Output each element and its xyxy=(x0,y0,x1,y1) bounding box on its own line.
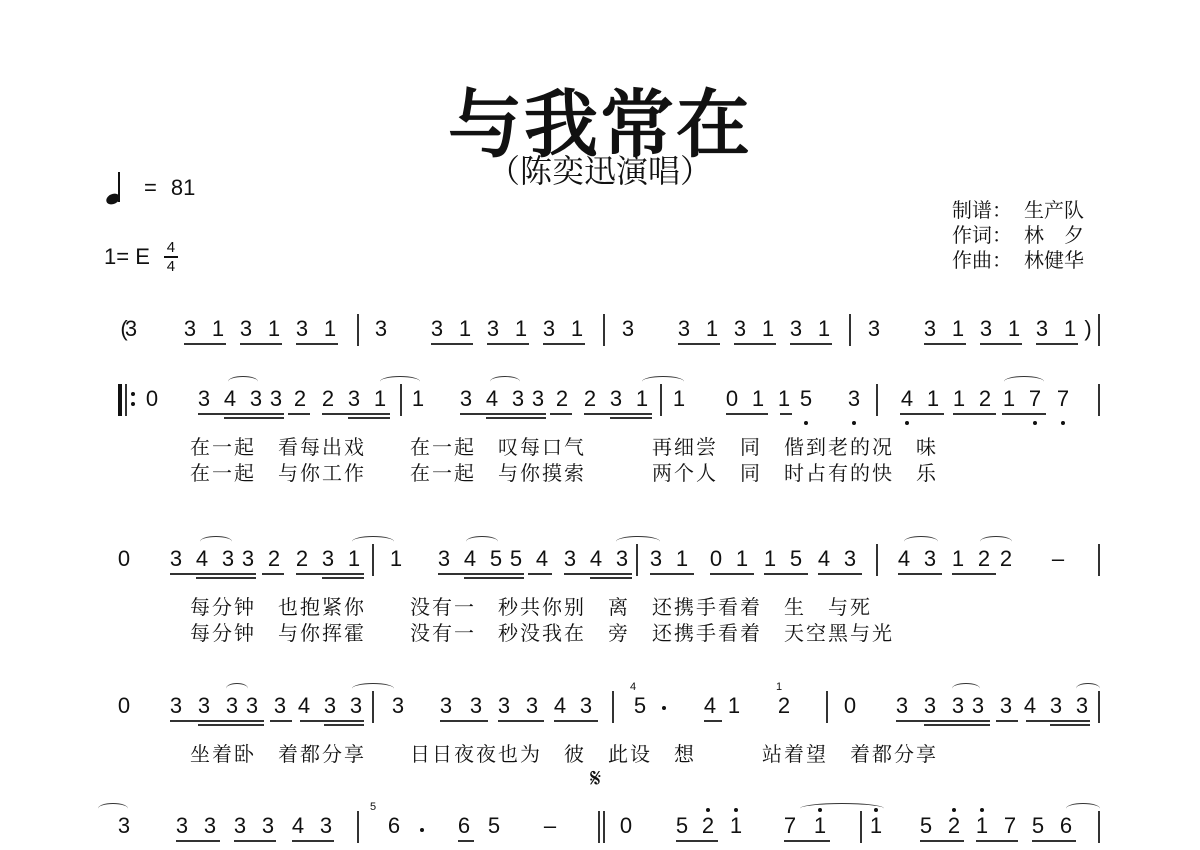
key-label: 1= E xyxy=(104,244,150,270)
note: 2 xyxy=(582,388,598,410)
note: 3 xyxy=(620,318,636,340)
tie-arc xyxy=(490,376,520,387)
underline-eighth xyxy=(288,413,310,415)
note: 4 xyxy=(588,548,604,570)
note: 7 xyxy=(1055,388,1071,410)
note: 3 xyxy=(174,815,190,837)
lyric-line: 坐着卧 着都分享 日日夜夜也为 彼 此设 想 站着望 着都分享 xyxy=(190,743,938,765)
credit-value: 林 夕 xyxy=(1024,223,1084,248)
note: 0 xyxy=(724,388,740,410)
barline xyxy=(876,384,878,416)
note: 1 xyxy=(726,695,742,717)
underline-eighth xyxy=(487,343,529,345)
underline-sixteenth xyxy=(322,577,364,579)
tie-arc xyxy=(1066,803,1100,814)
barline xyxy=(1098,811,1100,843)
underline-eighth xyxy=(234,840,276,842)
underline-sixteenth xyxy=(464,577,524,579)
note: 3 xyxy=(1048,695,1064,717)
tie-arc xyxy=(1004,376,1044,387)
note: 1 xyxy=(704,318,720,340)
note: 3 xyxy=(348,695,364,717)
barline xyxy=(636,544,638,576)
underline-eighth xyxy=(198,413,284,415)
credit-label: 作词： xyxy=(952,223,1024,248)
underline-eighth xyxy=(704,720,722,722)
note: 3 xyxy=(224,695,240,717)
note: 0 xyxy=(116,548,132,570)
note: 3 xyxy=(168,548,184,570)
note: 1 xyxy=(1062,318,1078,340)
note: 4 xyxy=(816,548,832,570)
underline-eighth xyxy=(726,413,768,415)
note: 2 xyxy=(554,388,570,410)
note: 1 xyxy=(1006,318,1022,340)
note: 1 xyxy=(266,318,282,340)
underline-eighth xyxy=(584,413,652,415)
underline-eighth xyxy=(431,343,473,345)
high-octave-dot xyxy=(734,808,738,812)
quarter-note-icon xyxy=(104,170,130,206)
underline-eighth xyxy=(784,840,830,842)
underline-eighth xyxy=(292,840,334,842)
note: 1 xyxy=(346,548,362,570)
note: 3 xyxy=(346,388,362,410)
barline xyxy=(826,691,828,723)
note: 3 xyxy=(468,695,484,717)
note: 3 xyxy=(562,548,578,570)
note: 4 xyxy=(222,388,238,410)
note: 7 xyxy=(1027,388,1043,410)
note: 1 xyxy=(513,318,529,340)
underline-eighth xyxy=(564,573,632,575)
note: 6 xyxy=(1058,815,1074,837)
note: 3 xyxy=(866,318,882,340)
note: 3 xyxy=(578,695,594,717)
underline-eighth xyxy=(780,413,792,415)
low-octave-dot xyxy=(1033,421,1037,425)
note: 6 xyxy=(386,815,402,837)
underline-eighth xyxy=(296,343,338,345)
note: 2 xyxy=(294,548,310,570)
note: 3 xyxy=(458,388,474,410)
underline-eighth xyxy=(184,343,226,345)
note: 3 xyxy=(608,388,624,410)
underline-eighth xyxy=(924,343,966,345)
underline-eighth xyxy=(896,720,990,722)
note: 1 xyxy=(925,388,941,410)
note: 4 xyxy=(534,548,550,570)
note: 1 xyxy=(776,388,792,410)
note: 5 xyxy=(508,548,524,570)
note: 7 xyxy=(1002,815,1018,837)
note: 4 xyxy=(899,388,915,410)
underline-eighth xyxy=(952,573,996,575)
note: 2 xyxy=(976,548,992,570)
underline-eighth xyxy=(550,413,572,415)
credits: 制谱：生产队 作词：林 夕 作曲：林健华 xyxy=(952,198,1084,273)
barline xyxy=(1098,384,1100,416)
barline xyxy=(357,811,359,843)
underline-eighth xyxy=(1032,840,1076,842)
tie-arc xyxy=(1076,683,1100,694)
tempo-value: 81 xyxy=(171,175,195,201)
tie-arc xyxy=(952,683,980,694)
note: 3 xyxy=(238,318,254,340)
note: 1 xyxy=(671,388,687,410)
note: 3 xyxy=(922,695,938,717)
underline-eighth xyxy=(976,840,1018,842)
tie-arc xyxy=(642,376,684,387)
note: 3 xyxy=(240,548,256,570)
credit-value: 生产队 xyxy=(1024,198,1084,223)
underline-eighth xyxy=(898,573,942,575)
high-octave-dot xyxy=(874,808,878,812)
note: 3 xyxy=(998,695,1014,717)
tempo-equals: = xyxy=(144,175,157,201)
note: 0 xyxy=(708,548,724,570)
grace-note: 5 xyxy=(370,802,376,813)
underline-eighth xyxy=(322,413,390,415)
underline-eighth xyxy=(554,720,598,722)
tie-arc xyxy=(904,536,938,547)
note: 5 xyxy=(488,548,504,570)
tie-arc xyxy=(228,376,258,387)
tie-arc xyxy=(466,536,498,547)
repeat-dot xyxy=(131,392,135,396)
barline xyxy=(1098,314,1100,346)
underline-sixteenth xyxy=(1050,724,1090,726)
credit-composer: 作曲：林健华 xyxy=(952,248,1084,273)
underline-eighth xyxy=(790,343,832,345)
note: 4 xyxy=(462,548,478,570)
note: 5 xyxy=(918,815,934,837)
note: 1 xyxy=(728,815,744,837)
note: 4 xyxy=(896,548,912,570)
note: 5 xyxy=(632,695,648,717)
note: 3 xyxy=(732,318,748,340)
barline xyxy=(603,314,605,346)
note: 3 xyxy=(788,318,804,340)
barline xyxy=(876,544,878,576)
double-barline xyxy=(598,811,600,843)
note: 6 xyxy=(456,815,472,837)
underline-eighth xyxy=(458,840,474,842)
note: 2 xyxy=(776,695,792,717)
note: 4 xyxy=(702,695,718,717)
underline-eighth xyxy=(650,573,694,575)
lyric-line: 在一起 看每出戏 在一起 叹每口气 再细尝 同 偕到老的况 味 xyxy=(190,436,938,458)
barline xyxy=(860,811,862,843)
underline-eighth xyxy=(1002,413,1046,415)
barline xyxy=(372,691,374,723)
note: 3 xyxy=(922,548,938,570)
note: 1 xyxy=(372,388,388,410)
note: 3 xyxy=(232,815,248,837)
underline-eighth xyxy=(438,573,524,575)
underline-sixteenth xyxy=(924,724,990,726)
tie-arc xyxy=(616,536,660,547)
note: 1 xyxy=(950,318,966,340)
note: 1 xyxy=(812,815,828,837)
note: 0 xyxy=(144,388,160,410)
underline-eighth xyxy=(678,343,720,345)
note: 3 xyxy=(220,548,236,570)
lyric-line: 在一起 与你工作 在一起 与你摸索 两个人 同 时占有的快 乐 xyxy=(190,462,938,484)
note: 3 xyxy=(116,815,132,837)
note: 3 xyxy=(1034,318,1050,340)
note: 1 xyxy=(816,318,832,340)
barline xyxy=(849,314,851,346)
note: 1 xyxy=(868,815,884,837)
note: 5 xyxy=(1030,815,1046,837)
note: 3 xyxy=(322,695,338,717)
barline xyxy=(400,384,402,416)
note: 3 xyxy=(922,318,938,340)
note: 1 xyxy=(388,548,404,570)
note: 5 xyxy=(674,815,690,837)
note: 1 xyxy=(951,388,967,410)
tie-arc xyxy=(200,536,232,547)
note: 3 xyxy=(268,388,284,410)
note: 3 xyxy=(648,548,664,570)
underline-eighth xyxy=(1026,720,1090,722)
paren-open: ( xyxy=(116,318,132,340)
key-signature: 1= E 4 4 xyxy=(104,240,178,274)
note: 1 xyxy=(950,548,966,570)
low-octave-dot xyxy=(905,421,909,425)
note: 5 xyxy=(486,815,502,837)
note: 3 xyxy=(168,695,184,717)
note: 1 xyxy=(760,318,776,340)
high-octave-dot xyxy=(980,808,984,812)
underline-eighth xyxy=(460,413,546,415)
underline-eighth xyxy=(818,573,862,575)
underline-eighth xyxy=(900,413,944,415)
grace-note: 1 xyxy=(776,682,782,693)
note: 3 xyxy=(485,318,501,340)
note: 3 xyxy=(438,695,454,717)
note: 3 xyxy=(436,548,452,570)
credit-lyricist: 作词：林 夕 xyxy=(952,223,1084,248)
note: 3 xyxy=(260,815,276,837)
underline-sixteenth xyxy=(348,417,390,419)
note: 3 xyxy=(196,388,212,410)
note: 2 xyxy=(700,815,716,837)
note: 1 xyxy=(410,388,426,410)
note: 3 xyxy=(894,695,910,717)
underline-sixteenth xyxy=(224,417,284,419)
low-octave-dot xyxy=(852,421,856,425)
repeat-start-thick xyxy=(118,384,122,416)
note: 1 xyxy=(750,388,766,410)
underline-eighth xyxy=(1036,343,1078,345)
tie-arc xyxy=(352,536,394,547)
note: 2 xyxy=(998,548,1014,570)
underline-sixteenth xyxy=(198,724,264,726)
underline-eighth xyxy=(270,720,292,722)
underline-sixteenth xyxy=(590,577,632,579)
note: 0 xyxy=(618,815,634,837)
note: 2 xyxy=(292,388,308,410)
note: 3 xyxy=(676,318,692,340)
augmentation-dot xyxy=(420,828,424,832)
note: 1 xyxy=(1001,388,1017,410)
double-barline xyxy=(603,811,605,843)
underline-eighth xyxy=(440,720,488,722)
note: 3 xyxy=(390,695,406,717)
note: 3 xyxy=(320,548,336,570)
underline-eighth xyxy=(528,573,552,575)
underline-sixteenth xyxy=(196,577,256,579)
barline xyxy=(1098,544,1100,576)
note: 3 xyxy=(950,695,966,717)
note: 3 xyxy=(978,318,994,340)
underline-eighth xyxy=(296,573,364,575)
high-octave-dot xyxy=(818,808,822,812)
credit-label: 制谱： xyxy=(952,198,1024,223)
lyric-line: 每分钟 与你挥霍 没有一 秒没我在 旁 还携手看着 天空黑与光 xyxy=(190,622,894,644)
note: 3 xyxy=(248,388,264,410)
note: 5 xyxy=(798,388,814,410)
note: 3 xyxy=(530,388,546,410)
note: 3 xyxy=(294,318,310,340)
note: 2 xyxy=(266,548,282,570)
note: 3 xyxy=(510,388,526,410)
segno-icon: 𝄋 xyxy=(590,764,601,795)
barline xyxy=(660,384,662,416)
note: 1 xyxy=(762,548,778,570)
note: 7 xyxy=(782,815,798,837)
note: 3 xyxy=(970,695,986,717)
note: 1 xyxy=(974,815,990,837)
note: 3 xyxy=(496,695,512,717)
note: 4 xyxy=(552,695,568,717)
note: 3 xyxy=(318,815,334,837)
barline xyxy=(612,691,614,723)
time-signature: 4 4 xyxy=(164,240,178,274)
note: 3 xyxy=(846,388,862,410)
underline-eighth xyxy=(300,720,364,722)
note: 5 xyxy=(788,548,804,570)
note: 1 xyxy=(322,318,338,340)
underline-sixteenth xyxy=(610,417,652,419)
note: 2 xyxy=(977,388,993,410)
paren-close: ) xyxy=(1080,318,1096,340)
lyric-line: 每分钟 也抱紧你 没有一 秒共你别 离 还携手看着 生 与死 xyxy=(190,596,872,618)
note: 4 xyxy=(1022,695,1038,717)
underline-eighth xyxy=(734,343,776,345)
repeat-start-thin xyxy=(125,384,127,416)
note: 3 xyxy=(196,695,212,717)
note: 1 xyxy=(569,318,585,340)
grace-note: 4 xyxy=(630,682,636,693)
underline-eighth xyxy=(996,720,1018,722)
note: – xyxy=(542,815,558,837)
tie-arc xyxy=(226,683,248,694)
note: 2 xyxy=(946,815,962,837)
underline-sixteenth xyxy=(486,417,546,419)
low-octave-dot xyxy=(1061,421,1065,425)
credit-arranger: 制谱：生产队 xyxy=(952,198,1084,223)
note: 4 xyxy=(296,695,312,717)
underline-eighth xyxy=(170,720,264,722)
high-octave-dot xyxy=(706,808,710,812)
note: 3 xyxy=(541,318,557,340)
tie-arc xyxy=(98,803,128,814)
underline-eighth xyxy=(262,573,284,575)
note: 3 xyxy=(244,695,260,717)
time-sig-top: 4 xyxy=(167,240,175,255)
note: 4 xyxy=(290,815,306,837)
note: 0 xyxy=(116,695,132,717)
note: 4 xyxy=(194,548,210,570)
underline-eighth xyxy=(498,720,544,722)
note: 3 xyxy=(202,815,218,837)
credit-label: 作曲： xyxy=(952,248,1024,273)
barline xyxy=(372,544,374,576)
underline-eighth xyxy=(764,573,808,575)
time-sig-bottom: 4 xyxy=(167,259,175,274)
note: 1 xyxy=(210,318,226,340)
note: 4 xyxy=(484,388,500,410)
note: 3 xyxy=(524,695,540,717)
note: 0 xyxy=(842,695,858,717)
underline-eighth xyxy=(676,840,718,842)
note: 1 xyxy=(457,318,473,340)
note: 3 xyxy=(842,548,858,570)
note: 2 xyxy=(320,388,336,410)
note: 3 xyxy=(272,695,288,717)
note: 3 xyxy=(373,318,389,340)
high-octave-dot xyxy=(952,808,956,812)
underline-eighth xyxy=(710,573,754,575)
underline-sixteenth xyxy=(324,724,364,726)
low-octave-dot xyxy=(804,421,808,425)
tie-arc xyxy=(800,803,884,814)
tie-arc xyxy=(980,536,1012,547)
barline xyxy=(1098,691,1100,723)
augmentation-dot xyxy=(662,706,666,710)
underline-eighth xyxy=(953,413,996,415)
note: 1 xyxy=(634,388,650,410)
repeat-dot xyxy=(131,402,135,406)
note: – xyxy=(1050,548,1066,570)
note: 3 xyxy=(429,318,445,340)
tie-arc xyxy=(380,376,420,387)
note: 3 xyxy=(182,318,198,340)
underline-eighth xyxy=(170,573,256,575)
underline-eighth xyxy=(240,343,282,345)
credit-value: 林健华 xyxy=(1024,248,1084,273)
tie-arc xyxy=(352,683,394,694)
underline-eighth xyxy=(543,343,585,345)
underline-eighth xyxy=(920,840,964,842)
note: 3 xyxy=(1074,695,1090,717)
underline-eighth xyxy=(980,343,1022,345)
tempo-marking: = 81 xyxy=(104,170,195,206)
note: 3 xyxy=(614,548,630,570)
note: 1 xyxy=(734,548,750,570)
underline-eighth xyxy=(176,840,220,842)
note: 1 xyxy=(674,548,690,570)
barline xyxy=(357,314,359,346)
